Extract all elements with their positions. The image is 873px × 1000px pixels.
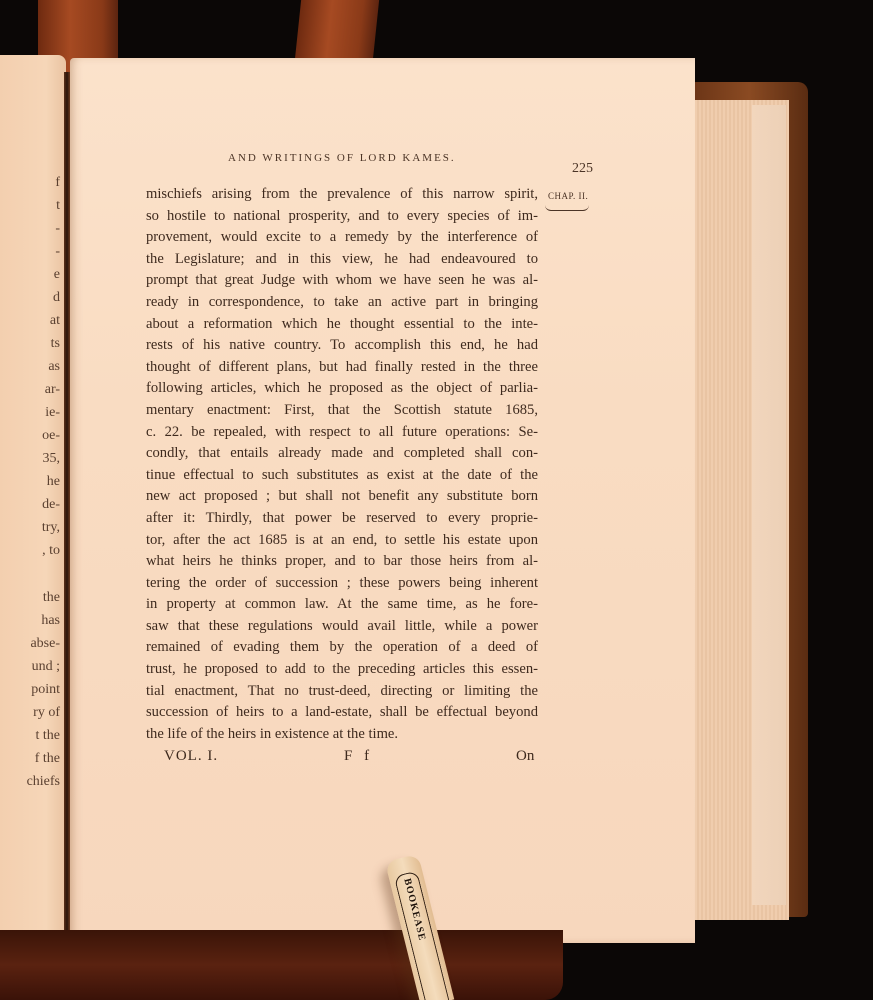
text-line: ready in correspondence, to take an acti… bbox=[146, 292, 538, 314]
text-line: in property at common law. At the same t… bbox=[146, 594, 538, 616]
text-line: saw that these regulations would avail l… bbox=[146, 616, 538, 638]
text-line: the Legislature; and in this view, he ha… bbox=[146, 249, 538, 271]
left-page-text-fragment: e bbox=[54, 267, 60, 283]
text-line: following articles, which he proposed as… bbox=[146, 378, 538, 400]
left-page-text-fragment: point bbox=[31, 682, 60, 698]
text-line: the life of the heirs in existence at th… bbox=[146, 724, 538, 746]
text-line: rests of his native country. To accompli… bbox=[146, 335, 538, 357]
page-number: 225 bbox=[572, 161, 593, 177]
body-text: mischiefs arising from the prevalence of… bbox=[146, 184, 538, 745]
book-stand-base bbox=[0, 930, 563, 1000]
left-page-text-fragment: abse- bbox=[30, 636, 60, 652]
left-page-text-fragment: - bbox=[55, 244, 60, 260]
left-page-text-fragment: at bbox=[50, 313, 60, 329]
left-page-text-fragment: f bbox=[55, 175, 60, 191]
footer-volume: VOL. I. bbox=[164, 748, 218, 765]
text-line: mischiefs arising from the prevalence of… bbox=[146, 184, 538, 206]
sidenote-brace-icon bbox=[545, 202, 589, 211]
left-page-text-fragment: de- bbox=[42, 497, 60, 513]
text-line: what heirs he thinks proper, and to bar … bbox=[146, 551, 538, 573]
footer-catchword: On bbox=[516, 748, 534, 765]
text-line: about a reformation which he thought ess… bbox=[146, 314, 538, 336]
left-page-text-fragment: t bbox=[56, 198, 60, 214]
left-page-text-fragment: f the bbox=[35, 751, 60, 767]
text-line: succession of heirs to a land-estate, sh… bbox=[146, 702, 538, 724]
chapter-sidenote: CHAP. II. bbox=[548, 191, 588, 201]
left-page-text-fragment: he bbox=[47, 474, 60, 490]
left-page-text-fragment: ts bbox=[51, 336, 60, 352]
left-page-text-fragment: as bbox=[48, 359, 60, 375]
text-line: prompt that great Judge with whom we hav… bbox=[146, 270, 538, 292]
left-page-text-fragment: try, bbox=[42, 520, 60, 536]
text-line: tial enactment, That no trust-deed, dire… bbox=[146, 681, 538, 703]
left-page-text-fragment: oe- bbox=[42, 428, 60, 444]
page-fore-edge-inner bbox=[752, 105, 786, 905]
text-line: tinue effectual to such substitutes as e… bbox=[146, 465, 538, 487]
left-page-text-fragment: chiefs bbox=[27, 774, 60, 790]
text-line: thought of different plans, but had fina… bbox=[146, 357, 538, 379]
text-line: remained of evading them by the operatio… bbox=[146, 637, 538, 659]
text-line: trust, he proposed to add to the precedi… bbox=[146, 659, 538, 681]
left-page-text-fragment: ie- bbox=[45, 405, 60, 421]
text-line: provement, would excite to a remedy by t… bbox=[146, 227, 538, 249]
text-line: so hostile to national prosperity, and t… bbox=[146, 206, 538, 228]
text-line: c. 22. be repealed, with respect to all … bbox=[146, 422, 538, 444]
left-page-text-fragment: ar- bbox=[45, 382, 60, 398]
left-page-text-fragment: 35, bbox=[43, 451, 61, 467]
text-line: new act proposed ; but shall not benefit… bbox=[146, 486, 538, 508]
left-page-text-fragment: d bbox=[53, 290, 60, 306]
left-page-text-fragment: the bbox=[43, 590, 60, 606]
left-page-text-fragment: - bbox=[55, 221, 60, 237]
left-page-text-fragment: has bbox=[41, 613, 60, 629]
running-head: AND WRITINGS OF LORD KAMES. bbox=[228, 152, 456, 164]
left-page-text-fragment: , to bbox=[42, 543, 60, 559]
book-stand-arm-right bbox=[295, 0, 379, 60]
text-line: mentary enactment: First, that the Scott… bbox=[146, 400, 538, 422]
left-page-text-fragment: ry of bbox=[33, 705, 60, 721]
text-line: tor, after the act 1685 is at an end, to… bbox=[146, 530, 538, 552]
left-page-text-fragment: t the bbox=[36, 728, 61, 744]
text-line: condly, that entails already made and co… bbox=[146, 443, 538, 465]
footer-signature: F f bbox=[344, 748, 373, 765]
text-line: tering the order of succession ; these p… bbox=[146, 573, 538, 595]
left-page-text-fragment: und ; bbox=[32, 659, 60, 675]
left-page: ft--edattsasar-ie-oe-35,hede-try,, tothe… bbox=[0, 55, 66, 950]
text-line: after it: Thirdly, that power be reserve… bbox=[146, 508, 538, 530]
